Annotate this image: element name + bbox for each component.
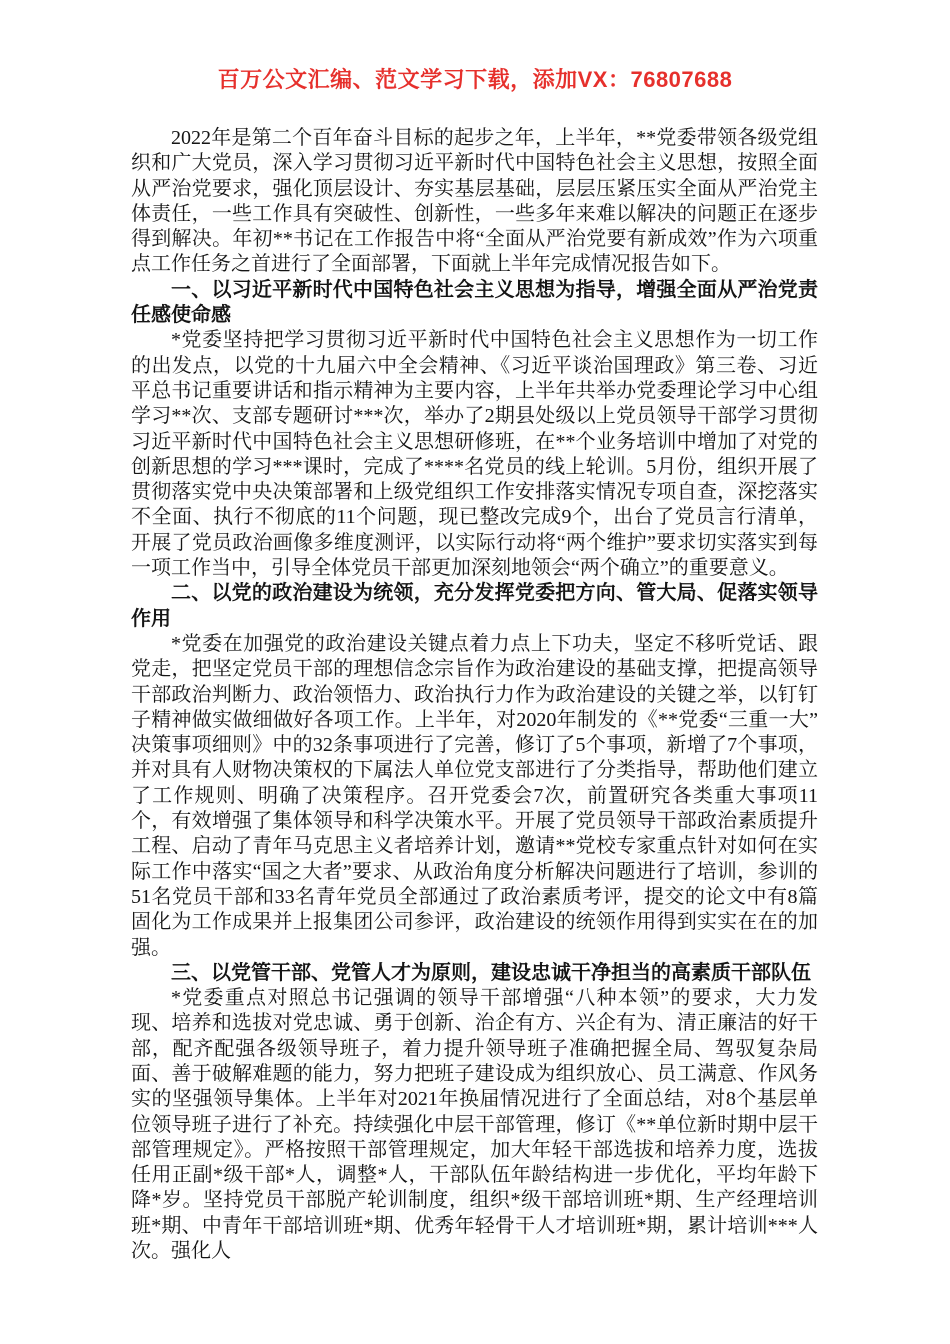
paragraph-intro: 2022年是第二个百年奋斗目标的起步之年，上半年，**党委带领各级党组织和广大党… [131,126,818,278]
document-page: 百万公文汇编、范文学习下载，添加VX：76807688 2022年是第二个百年奋… [0,0,950,1344]
paragraph-section-2: *党委在加强党的政治建设关键点着力点上下功夫，坚定不移听党话、跟党走，把坚定党员… [131,632,818,961]
heading-section-2: 二、以党的政治建设为统领，充分发挥党委把方向、管大局、促落实领导作用 [131,581,818,632]
heading-section-3: 三、以党管干部、党管人才为原则，建设忠诚干净担当的高素质干部队伍 [131,961,818,986]
heading-section-1: 一、以习近平新时代中国特色社会主义思想为指导，增强全面从严治党责任感使命感 [131,278,818,329]
header-promo-text: 百万公文汇编、范文学习下载，添加VX：76807688 [0,0,950,94]
document-body: 2022年是第二个百年奋斗目标的起步之年，上半年，**党委带领各级党组织和广大党… [131,126,818,1264]
paragraph-section-1: *党委坚持把学习贯彻习近平新时代中国特色社会主义思想作为一切工作的出发点，以党的… [131,328,818,581]
paragraph-section-3: *党委重点对照总书记强调的领导干部增强“八种本领”的要求，大力发现、培养和选拔对… [131,986,818,1264]
